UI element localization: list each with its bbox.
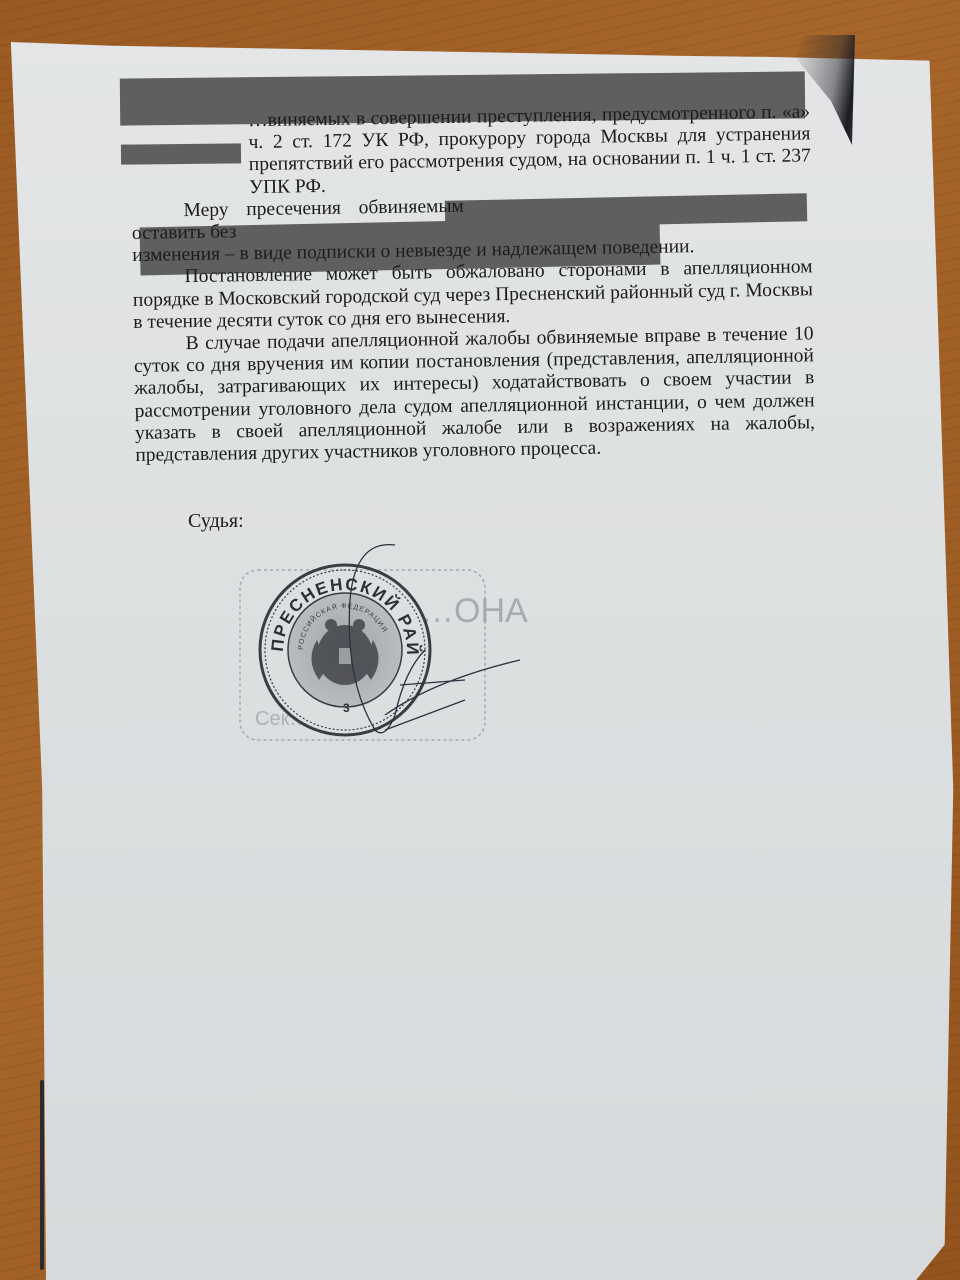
document-body: …виняемых в совершении преступления, пре… [130, 101, 815, 467]
paragraph-text: …виняемых в совершении преступления, пре… [248, 101, 811, 197]
signature-label: Судья: [188, 510, 244, 533]
paragraph-text: оставить без [132, 221, 237, 244]
paragraph-text: В случае подачи апелляционной жалобы обв… [134, 323, 815, 466]
paragraph-appeal: Постановление может быть обжаловано стор… [132, 257, 813, 334]
svg-text:…ОНА: …ОНА [420, 592, 528, 630]
paragraph-charges: …виняемых в совершении преступления, пре… [130, 101, 811, 200]
court-seal-stamp: …ОНА Сек… ПРЕСНЕНСКИЙ РАЙОННЫЙ СУД Г. МО… [235, 540, 535, 755]
paragraph-appeal-rights: В случае подачи апелляционной жалобы обв… [133, 323, 815, 467]
paragraph-text: Постановление может быть обжаловано стор… [133, 257, 813, 333]
svg-text:Сек…: Сек… [255, 708, 309, 730]
svg-text:3: 3 [343, 701, 350, 715]
paragraph-text: Меру пресечения обвиняемым [183, 196, 464, 221]
sheet-edge-shadow [40, 1080, 44, 1270]
